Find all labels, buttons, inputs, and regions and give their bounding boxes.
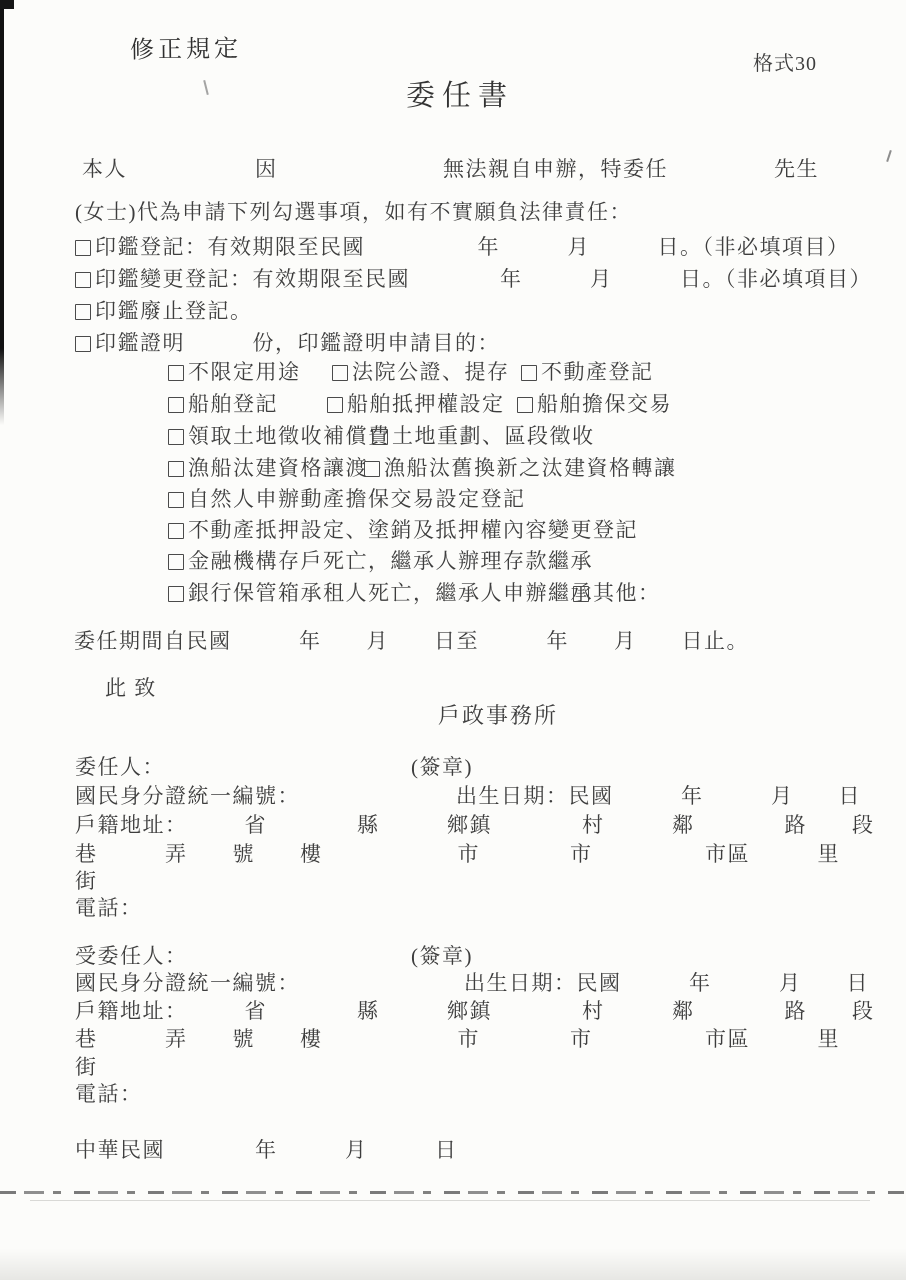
revision-note: 修正規定 bbox=[130, 35, 242, 65]
pencil-mark bbox=[203, 80, 209, 95]
option-seal-registration: 印鑑登記：有效期限至民國 年 月 日。（非必填項目） bbox=[75, 235, 850, 260]
form-code: 格式30 bbox=[753, 52, 817, 76]
purpose-mortgage-change: 不動產抵押設定、塗銷及抵押權內容變更登記 bbox=[168, 518, 638, 543]
checkbox-purpose[interactable] bbox=[168, 554, 184, 570]
principal-phone-label: 電話： bbox=[75, 896, 143, 921]
purpose-label: 船舶擔保交易 bbox=[537, 392, 672, 417]
principal-address-line3: 街 bbox=[75, 869, 98, 894]
option-seal-change: 印鑑變更登記：有效期限至民國 年 月 日。（非必填項目） bbox=[75, 267, 872, 292]
purpose-deposit-inheritance: 金融機構存戶死亡，繼承人辦理存款繼承 bbox=[168, 549, 593, 574]
agent-id-label: 國民身分證統一編號： bbox=[75, 971, 300, 996]
purpose-court-notarization: 法院公證、提存 bbox=[332, 360, 510, 385]
principal-id-label: 國民身分證統一編號： bbox=[75, 784, 300, 809]
checkbox-purpose[interactable] bbox=[168, 365, 184, 381]
purpose-label: 漁船汰舊換新之汰建資格轉讓 bbox=[384, 456, 677, 481]
agent-address-line2: 巷 弄 號 樓 市 市 市區 里 bbox=[75, 1027, 840, 1052]
checkbox-purpose[interactable] bbox=[168, 586, 184, 602]
checkbox-seal-registration[interactable] bbox=[75, 240, 91, 256]
checkbox-purpose[interactable] bbox=[168, 397, 184, 413]
principal-birth-line: 出生日期：民國 年 月 日 bbox=[456, 784, 861, 809]
purpose-land-compensation: 領取土地徵收補償費 bbox=[168, 424, 391, 449]
option-label: 印鑑證明 份，印鑑證明申請目的： bbox=[95, 331, 500, 356]
checkbox-purpose[interactable] bbox=[521, 365, 537, 381]
purpose-real-estate-registration: 不動產登記 bbox=[521, 360, 654, 385]
purpose-label: 不動產登記 bbox=[541, 360, 654, 385]
agent-seal-label: (簽章) bbox=[411, 944, 473, 969]
principal-role-label: 委任人： bbox=[75, 755, 165, 780]
purpose-label: 法院公證、提存 bbox=[352, 360, 510, 385]
option-label: 印鑑廢止登記。 bbox=[95, 299, 253, 324]
purpose-label: 其他： bbox=[593, 581, 661, 606]
purpose-unlimited-use: 不限定用途 bbox=[168, 360, 301, 385]
agent-address-line3: 街 bbox=[75, 1055, 98, 1080]
purpose-other: 其他： bbox=[573, 581, 661, 606]
intro-statement: (女士)代為申請下列勾選事項，如有不實願負法律責任： bbox=[75, 200, 632, 225]
purpose-label: 土地重劃、區段徵收 bbox=[392, 424, 595, 449]
option-seal-abolish: 印鑑廢止登記。 bbox=[75, 299, 253, 324]
checkbox-seal-change[interactable] bbox=[75, 272, 91, 288]
purpose-label: 金融機構存戶死亡，繼承人辦理存款繼承 bbox=[188, 549, 593, 574]
delegation-period-line: 委任期間自民國 年 月 日至 年 月 日止。 bbox=[74, 629, 749, 654]
purpose-label: 銀行保管箱承租人死亡，繼承人申辦繼承 bbox=[188, 581, 593, 606]
purpose-safe-deposit-inheritance: 銀行保管箱承租人死亡，繼承人申辦繼承 bbox=[168, 581, 593, 606]
pencil-mark bbox=[886, 150, 892, 162]
purpose-ship-secured-transaction: 船舶擔保交易 bbox=[517, 392, 672, 417]
agent-role-label: 受委任人： bbox=[75, 944, 188, 969]
checkbox-purpose[interactable] bbox=[364, 461, 380, 477]
agent-birth-line: 出生日期：民國 年 月 日 bbox=[464, 971, 869, 996]
checkbox-seal-certificate[interactable] bbox=[75, 336, 91, 352]
intro-mister-label: 先生 bbox=[774, 157, 819, 182]
principal-address-line2: 巷 弄 號 樓 市 市 市區 里 bbox=[75, 842, 840, 867]
purpose-label: 領取土地徵收補償費 bbox=[188, 424, 391, 449]
roc-date-line: 中華民國 年 月 日 bbox=[75, 1138, 458, 1163]
scan-edge-artifact bbox=[0, 0, 4, 425]
intro-principal-label: 本人 bbox=[82, 157, 127, 182]
purpose-label: 不限定用途 bbox=[188, 360, 301, 385]
scan-tear-line bbox=[0, 1191, 906, 1194]
scan-bottom-shade bbox=[0, 1248, 906, 1280]
purpose-label: 自然人申辦動產擔保交易設定登記 bbox=[188, 487, 526, 512]
purpose-chattel-secured-transaction: 自然人申辦動產擔保交易設定登記 bbox=[168, 487, 526, 512]
checkbox-purpose[interactable] bbox=[332, 365, 348, 381]
page-title: 委任書 bbox=[406, 79, 514, 114]
checkbox-purpose[interactable] bbox=[372, 429, 388, 445]
scanned-delegation-form: 修正規定 格式30 委任書 本人 因 無法親自申辦，特委任 先生 (女士)代為申… bbox=[0, 0, 906, 1280]
purpose-label: 不動產抵押設定、塗銷及抵押權內容變更登記 bbox=[188, 518, 638, 543]
household-registration-office: 戶政事務所 bbox=[438, 703, 558, 729]
purpose-ship-mortgage: 船舶抵押權設定 bbox=[327, 392, 505, 417]
checkbox-purpose[interactable] bbox=[168, 523, 184, 539]
intro-unable-text: 無法親自申辦，特委任 bbox=[443, 157, 668, 182]
checkbox-purpose[interactable] bbox=[517, 397, 533, 413]
agent-address-line1: 戶籍地址： 省 縣 鄉鎮 村 鄰 路 段 bbox=[75, 999, 875, 1024]
checkbox-purpose[interactable] bbox=[168, 429, 184, 445]
option-label: 印鑑變更登記：有效期限至民國 年 月 日。（非必填項目） bbox=[95, 267, 872, 292]
option-label: 印鑑登記：有效期限至民國 年 月 日。（非必填項目） bbox=[95, 235, 850, 260]
option-seal-certificate: 印鑑證明 份，印鑑證明申請目的： bbox=[75, 331, 500, 356]
checkbox-purpose[interactable] bbox=[168, 492, 184, 508]
scan-tear-line-faint bbox=[30, 1200, 870, 1201]
scan-corner-artifact bbox=[0, 0, 14, 9]
purpose-label: 漁船汰建資格讓渡 bbox=[188, 456, 368, 481]
checkbox-purpose[interactable] bbox=[327, 397, 343, 413]
purpose-ship-registration: 船舶登記 bbox=[168, 392, 278, 417]
purpose-fishing-boat-transfer: 漁船汰建資格讓渡 bbox=[168, 456, 368, 481]
principal-seal-label: (簽章) bbox=[411, 755, 473, 780]
checkbox-seal-abolish[interactable] bbox=[75, 304, 91, 320]
agent-phone-label: 電話： bbox=[75, 1082, 143, 1107]
principal-address-line1: 戶籍地址： 省 縣 鄉鎮 村 鄰 路 段 bbox=[75, 813, 875, 838]
purpose-fishing-boat-renewal: 漁船汰舊換新之汰建資格轉讓 bbox=[364, 456, 677, 481]
checkbox-purpose-other[interactable] bbox=[573, 586, 589, 602]
purpose-label: 船舶抵押權設定 bbox=[347, 392, 505, 417]
purpose-land-rezoning: 土地重劃、區段徵收 bbox=[372, 424, 595, 449]
checkbox-purpose[interactable] bbox=[168, 461, 184, 477]
salutation-to: 此 致 bbox=[105, 676, 157, 701]
purpose-label: 船舶登記 bbox=[188, 392, 278, 417]
intro-because-label: 因 bbox=[255, 157, 278, 182]
